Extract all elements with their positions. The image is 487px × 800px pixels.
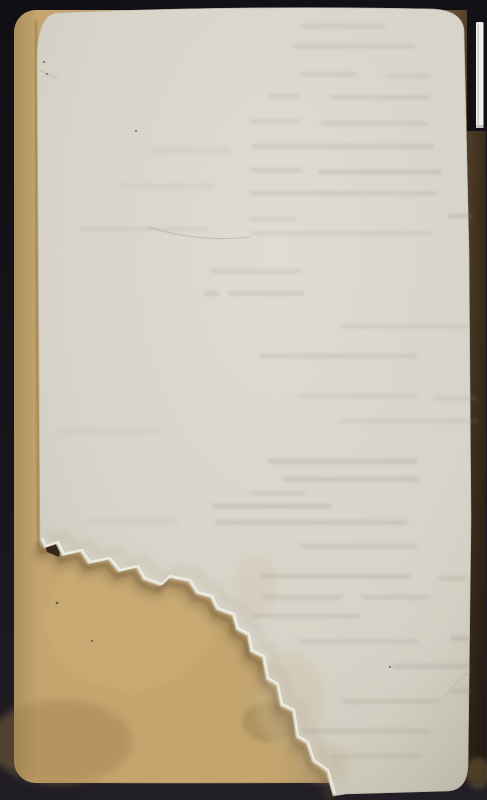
bookmark-strip — [476, 22, 484, 128]
page-marker-strip — [476, 22, 484, 128]
cover-speck — [56, 602, 59, 605]
cover-speck — [91, 640, 93, 642]
photo-torn-notebook-page — [0, 0, 487, 800]
scene-canvas — [0, 0, 487, 800]
bookmark-end-cap — [476, 125, 484, 128]
